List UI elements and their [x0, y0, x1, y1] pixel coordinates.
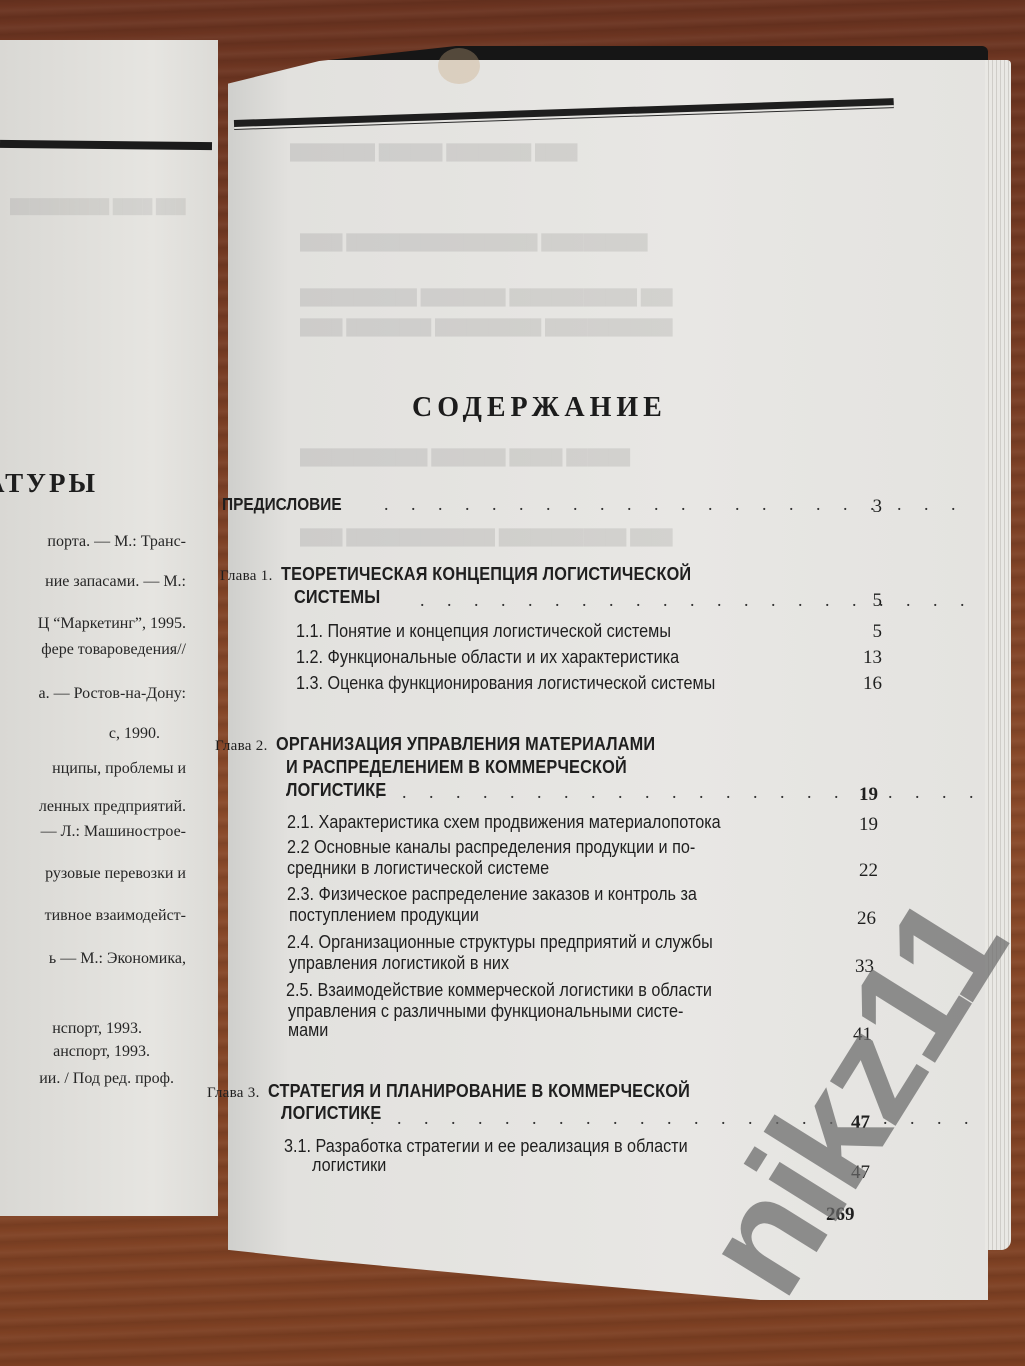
page-ref: 19	[838, 784, 878, 806]
section-title-cont: средники в логистической системе	[287, 858, 578, 879]
toc-entry-section-1-1[interactable]: 1.1. Понятие и концепция логистической с…	[296, 621, 713, 642]
toc-entry-chapter-2[interactable]: Глава 2.ОРГАНИЗАЦИЯ УПРАВЛЕНИЯ МАТЕРИАЛА…	[215, 733, 707, 755]
page-ref: 13	[842, 647, 882, 669]
chapter-label: Глава 2.	[215, 738, 268, 754]
section-title-cont: управления логистикой в них	[289, 953, 534, 974]
toc-entry-section-1-2[interactable]: 1.2. Функциональные области и их характе…	[296, 647, 722, 668]
chapter-title: ТЕОРЕТИЧЕСКАЯ КОНЦЕПЦИЯ ЛОГИСТИЧЕСКОЙ	[281, 563, 691, 585]
leader-dots: . . . . . . . . . . . . . . . . . . . . …	[420, 590, 974, 611]
preface-label: ПРЕДИСЛОВИЕ	[222, 494, 342, 515]
chapter-title-cont: СИСТЕМЫ	[294, 586, 392, 608]
toc-entry-chapter-1[interactable]: Глава 1.ТЕОРЕТИЧЕСКАЯ КОНЦЕПЦИЯ ЛОГИСТИЧ…	[220, 563, 747, 585]
toc-entry-section-2-4[interactable]: 2.4. Организационные структуры предприят…	[287, 932, 760, 953]
page-ref: 22	[838, 860, 878, 882]
toc-entry-chapter-3[interactable]: Глава 3.СТРАТЕГИЯ И ПЛАНИРОВАНИЕ В КОММЕ…	[207, 1080, 747, 1102]
toc-entry-section-3-1[interactable]: 3.1. Разработка стратегии и ее реализаци…	[284, 1136, 733, 1157]
section-title-cont: поступлением продукции	[289, 905, 500, 926]
toc-entry-section-1-3[interactable]: 1.3. Оценка функционирования логистическ…	[296, 673, 762, 694]
section-title-cont: управления с различными функциональными …	[288, 1001, 727, 1022]
chapter-label: Глава 3.	[207, 1085, 260, 1101]
chapter-title: СТРАТЕГИЯ И ПЛАНИРОВАНИЕ В КОММЕРЧЕСКОЙ	[268, 1080, 690, 1102]
toc-entry-section-2-5[interactable]: 2.5. Взаимодействие коммерческой логисти…	[286, 980, 759, 1001]
chapter-title-cont: И РАСПРЕДЕЛЕНИЕМ В КОММЕРЧЕСКОЙ	[286, 756, 673, 778]
leader-dots: . . . . . . . . . . . . . . . . . . . . …	[375, 782, 983, 803]
page-ref: 16	[842, 673, 882, 695]
section-title-cont: логистики	[312, 1155, 395, 1176]
toc-entry-section-2-2[interactable]: 2.2 Основные каналы распределения продук…	[287, 837, 741, 858]
page-ref: 5	[842, 621, 882, 643]
page-ref: 5	[842, 590, 882, 612]
toc-entry-section-2-3[interactable]: 2.3. Физическое распределение заказов и …	[287, 884, 742, 905]
toc-entry-section-2-1[interactable]: 2.1. Характеристика схем продвижения мат…	[287, 812, 769, 833]
page-ref: 19	[838, 814, 878, 836]
toc-entry-preface[interactable]: ПРЕДИСЛОВИЕ	[222, 494, 358, 515]
section-title-cont: мами	[288, 1020, 333, 1041]
page-ref: 3	[842, 496, 882, 518]
chapter-title: ОРГАНИЗАЦИЯ УПРАВЛЕНИЯ МАТЕРИАЛАМИ	[276, 733, 655, 755]
chapter-label: Глава 1.	[220, 568, 273, 584]
page-title: СОДЕРЖАНИЕ	[412, 392, 667, 424]
